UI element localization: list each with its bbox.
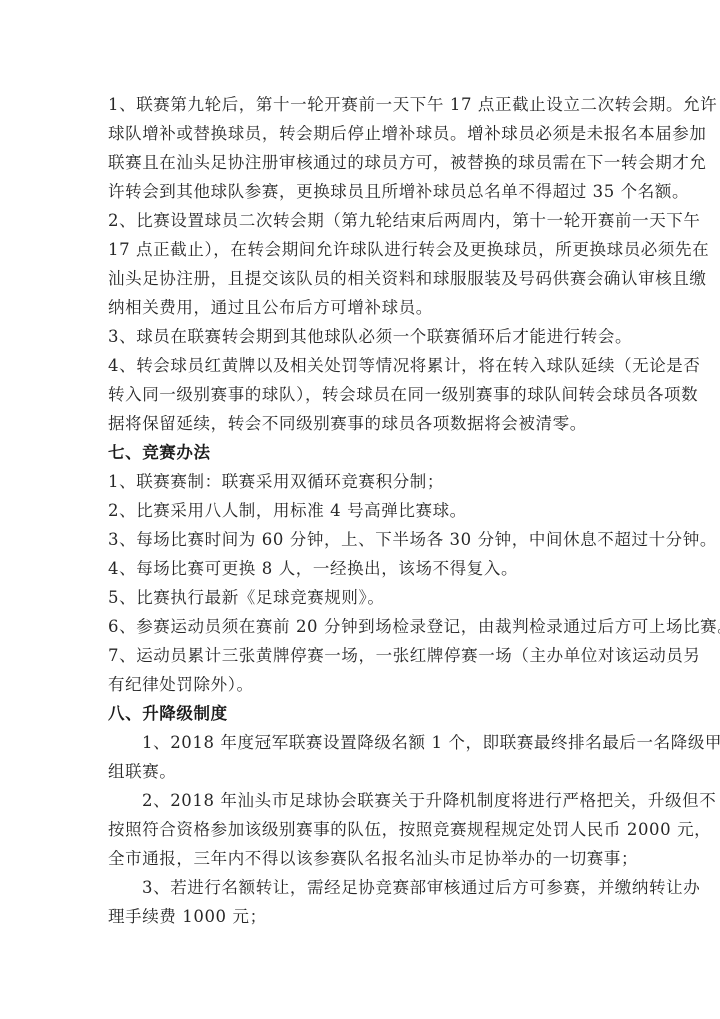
text-line: 3、每场比赛时间为 60 分钟，上、下半场各 30 分钟，中间休息不超过十分钟。 bbox=[108, 525, 608, 554]
text-line: 纳相关费用，通过且公布后方可增补球员。 bbox=[108, 293, 608, 322]
text-line: 许转会到其他球队参赛，更换球员且所增补球员总名单不得超过 35 个名额。 bbox=[108, 177, 608, 206]
competition-rule-1: 1、联赛赛制：联赛采用双循环竞赛积分制； bbox=[108, 467, 608, 496]
promotion-rule-1: 1、2018 年度冠军联赛设置降级名额 1 个，即联赛最终排名最后一名降级甲 组… bbox=[108, 728, 608, 786]
text-line: 1、联赛赛制：联赛采用双循环竞赛积分制； bbox=[108, 467, 608, 496]
text-line: 转入同一级别赛事的球队），转会球员在同一级别赛事的球队间转会球员各项数 bbox=[108, 380, 608, 409]
text-line: 球队增补或替换球员，转会期后停止增补球员。增补球员必须是未报名本届参加 bbox=[108, 119, 608, 148]
text-line: 17 点正截止），在转会期间允许球队进行转会及更换球员，所更换球员必须先在 bbox=[108, 235, 608, 264]
text-line: 2、2018 年汕头市足球协会联赛关于升降机制度将进行严格把关，升级但不 bbox=[108, 786, 608, 815]
text-line: 据将保留延续，转会不同级别赛事的球员各项数据将会被清零。 bbox=[108, 409, 608, 438]
text-line: 按照符合资格参加该级别赛事的队伍，按照竞赛规程规定处罚人民币 2000 元， bbox=[108, 815, 608, 844]
text-line: 7、运动员累计三张黄牌停赛一场，一张红牌停赛一场（主办单位对该运动员另 bbox=[108, 641, 608, 670]
competition-rule-3: 3、每场比赛时间为 60 分钟，上、下半场各 30 分钟，中间休息不超过十分钟。 bbox=[108, 525, 608, 554]
transfer-rule-2: 2、比赛设置球员二次转会期（第九轮结束后两周内，第十一轮开赛前一天下午 17 点… bbox=[108, 206, 608, 322]
section-heading-competition: 七、竞赛办法 bbox=[108, 438, 608, 467]
text-line: 3、球员在联赛转会期到其他球队必须一个联赛循环后才能进行转会。 bbox=[108, 322, 608, 351]
competition-rule-5: 5、比赛执行最新《足球竞赛规则》。 bbox=[108, 583, 608, 612]
text-line: 4、转会球员红黄牌以及相关处罚等情况将累计，将在转入球队延续（无论是否 bbox=[108, 351, 608, 380]
text-line: 1、2018 年度冠军联赛设置降级名额 1 个，即联赛最终排名最后一名降级甲 bbox=[108, 728, 608, 757]
text-line: 全市通报，三年内不得以该参赛队名报名汕头市足协举办的一切赛事； bbox=[108, 844, 608, 873]
promotion-rule-2: 2、2018 年汕头市足球协会联赛关于升降机制度将进行严格把关，升级但不 按照符… bbox=[108, 786, 608, 873]
transfer-rule-4: 4、转会球员红黄牌以及相关处罚等情况将累计，将在转入球队延续（无论是否 转入同一… bbox=[108, 351, 608, 438]
text-line: 1、联赛第九轮后，第十一轮开赛前一天下午 17 点正截止设立二次转会期。允许 bbox=[108, 90, 608, 119]
promotion-rule-3: 3、若进行名额转让，需经足协竞赛部审核通过后方可参赛，并缴纳转让办 理手续费 1… bbox=[108, 873, 608, 931]
text-line: 联赛且在汕头足协注册审核通过的球员方可，被替换的球员需在下一转会期才允 bbox=[108, 148, 608, 177]
text-line: 理手续费 1000 元； bbox=[108, 902, 608, 931]
text-line: 汕头足协注册，且提交该队员的相关资料和球服服装及号码供赛会确认审核且缴 bbox=[108, 264, 608, 293]
text-line: 5、比赛执行最新《足球竞赛规则》。 bbox=[108, 583, 608, 612]
text-line: 4、每场比赛可更换 8 人，一经换出，该场不得复入。 bbox=[108, 554, 608, 583]
text-line: 2、比赛采用八人制，用标准 4 号高弹比赛球。 bbox=[108, 496, 608, 525]
competition-rule-7: 7、运动员累计三张黄牌停赛一场，一张红牌停赛一场（主办单位对该运动员另 有纪律处… bbox=[108, 641, 608, 699]
transfer-rule-1: 1、联赛第九轮后，第十一轮开赛前一天下午 17 点正截止设立二次转会期。允许 球… bbox=[108, 90, 608, 206]
competition-rule-4: 4、每场比赛可更换 8 人，一经换出，该场不得复入。 bbox=[108, 554, 608, 583]
transfer-rule-3: 3、球员在联赛转会期到其他球队必须一个联赛循环后才能进行转会。 bbox=[108, 322, 608, 351]
document-page: 1、联赛第九轮后，第十一轮开赛前一天下午 17 点正截止设立二次转会期。允许 球… bbox=[108, 90, 608, 931]
text-line: 2、比赛设置球员二次转会期（第九轮结束后两周内，第十一轮开赛前一天下午 bbox=[108, 206, 608, 235]
section-heading-promotion: 八、升降级制度 bbox=[108, 699, 608, 728]
competition-rule-2: 2、比赛采用八人制，用标准 4 号高弹比赛球。 bbox=[108, 496, 608, 525]
competition-rule-6: 6、参赛运动员须在赛前 20 分钟到场检录登记，由裁判检录通过后方可上场比赛。 bbox=[108, 612, 608, 641]
text-line: 3、若进行名额转让，需经足协竞赛部审核通过后方可参赛，并缴纳转让办 bbox=[108, 873, 608, 902]
text-line: 组联赛。 bbox=[108, 757, 608, 786]
text-line: 有纪律处罚除外）。 bbox=[108, 670, 608, 699]
text-line: 6、参赛运动员须在赛前 20 分钟到场检录登记，由裁判检录通过后方可上场比赛。 bbox=[108, 612, 608, 641]
